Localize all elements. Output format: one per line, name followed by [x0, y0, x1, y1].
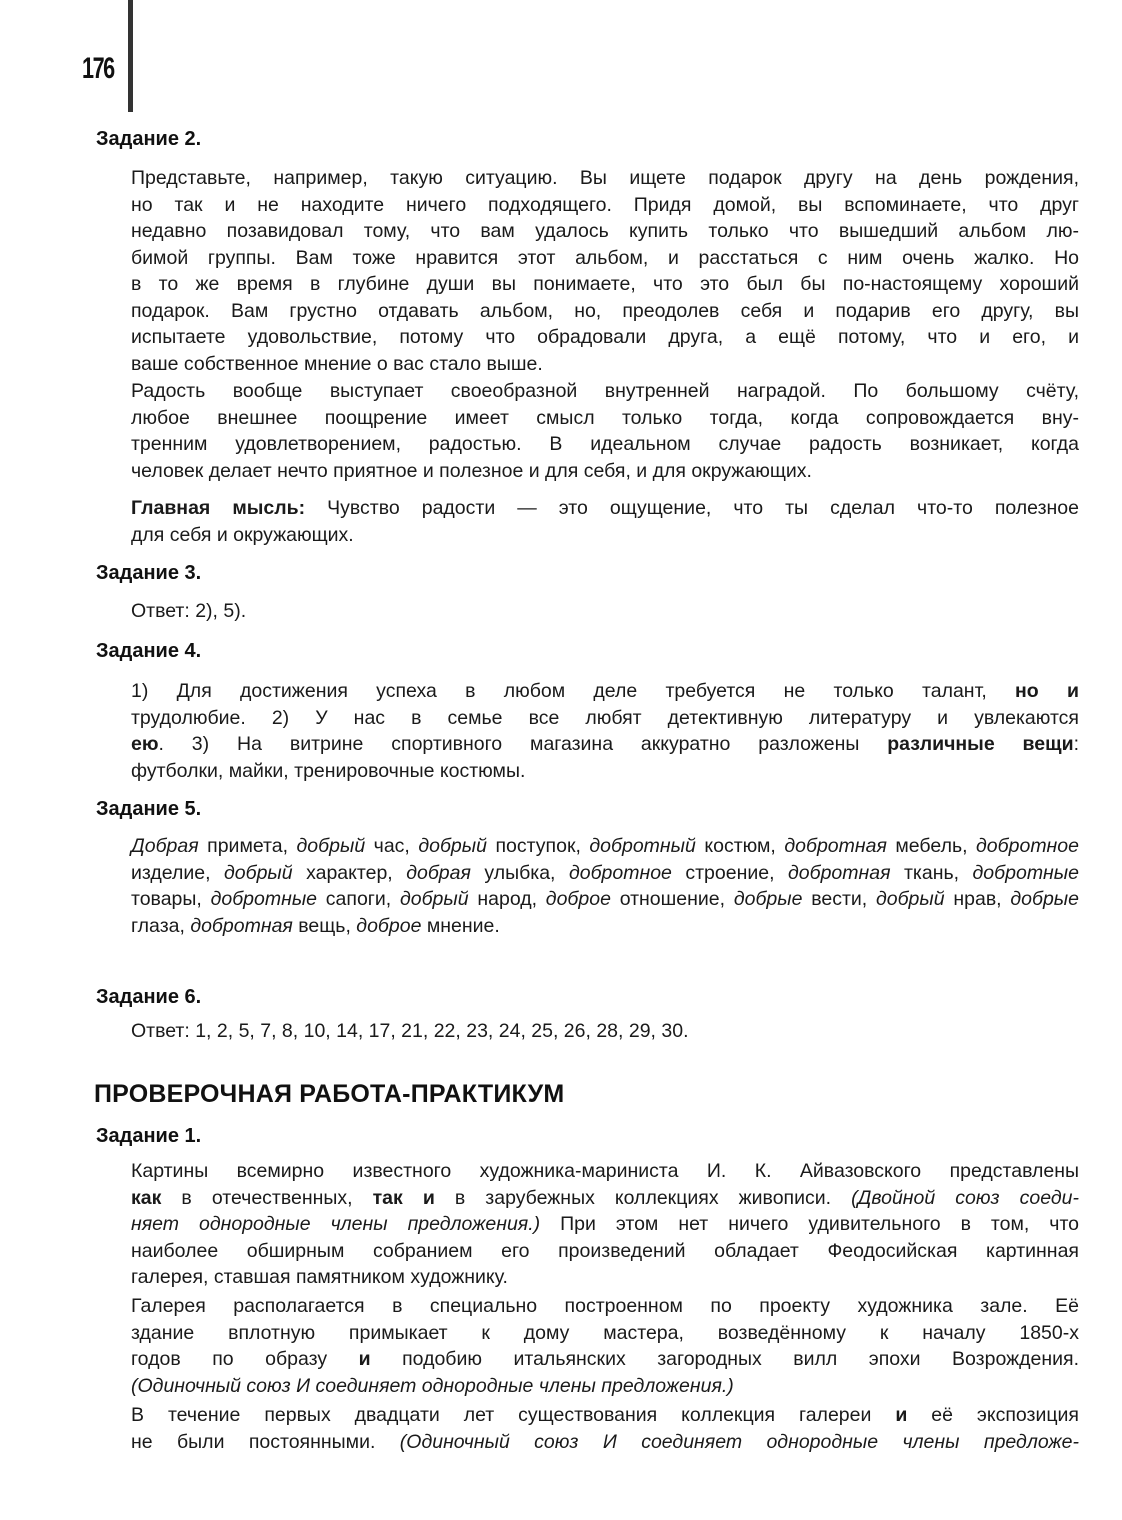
noun: костюм,	[696, 835, 785, 857]
adjective: добрый	[876, 888, 945, 910]
adjective: добрый	[418, 835, 487, 857]
collocation: добрый нрав,	[876, 888, 1010, 910]
collocation: добротная мебель,	[784, 835, 976, 857]
noun: вести,	[802, 888, 876, 910]
page-margin-rule	[128, 0, 133, 112]
section-title: ПРОВЕРОЧНАЯ РАБОТА-ПРАКТИКУМ	[94, 1080, 564, 1109]
text-line: подарок. Вам грустно отдавать альбом, но…	[131, 298, 1079, 325]
text: в отечественных,	[161, 1187, 372, 1209]
task-6-heading: Задание 6.	[96, 986, 201, 1009]
italic-note: (Одиночный союз И соединяет однородные ч…	[400, 1431, 1079, 1453]
adjective: доброе	[356, 915, 421, 937]
task-6-answer: Ответ: 1, 2, 5, 7, 8, 10, 14, 17, 21, 22…	[131, 1020, 689, 1043]
text: не были постоянными.	[131, 1431, 400, 1453]
noun: улыбка,	[471, 862, 569, 884]
adjective: добрый	[400, 888, 469, 910]
adjective: добрая	[406, 862, 471, 884]
task-4-line-1: 1) Для достижения успеха в любом деле тр…	[131, 680, 987, 702]
p1-line-1: Картины всемирно известного художника-ма…	[131, 1158, 1079, 1185]
text: её экспозиция	[907, 1404, 1079, 1426]
noun: отношение,	[611, 888, 734, 910]
adjective: добрый	[224, 862, 293, 884]
collocation: добрый поступок,	[418, 835, 589, 857]
collocation: добрый характер,	[224, 862, 406, 884]
main-idea-label: Главная мысль:	[131, 497, 305, 519]
text: годов по образу	[131, 1348, 359, 1370]
text: При этом нет ничего удивительного в том,…	[540, 1213, 1079, 1235]
section-task-1-paragraph-1: Картины всемирно известного художника-ма…	[131, 1158, 1079, 1291]
p2-line-2: здание вплотную примыкает к дому мастера…	[131, 1320, 1079, 1347]
task-3-answer: Ответ: 2), 5).	[131, 600, 246, 623]
noun: товары,	[131, 888, 211, 910]
section-task-1-paragraph-2: Галерея располагается в специально постр…	[131, 1293, 1079, 1399]
text-line: тренним удовлетворением, радостью. В иде…	[131, 431, 1079, 458]
text-line: в то же время в глубине души вы понимает…	[131, 271, 1079, 298]
task-4-line-2: трудолюбие. 2) У нас в семье все любят д…	[131, 705, 1079, 732]
noun: ткань,	[891, 862, 973, 884]
collocation: добрые вести,	[734, 888, 876, 910]
collocation: доброе отношение,	[546, 888, 734, 910]
adjective: добротная	[788, 862, 891, 884]
collocation: добрый народ,	[400, 888, 546, 910]
bold-conjunction: и	[895, 1404, 907, 1426]
collocation: добротная вещь,	[190, 915, 356, 937]
text-line: испытаете удовольствие, потому что обрад…	[131, 324, 1079, 351]
adjective: доброе	[546, 888, 611, 910]
adjective: добрые	[734, 888, 803, 910]
task-4-line-4: футболки, майки, тренировочные костюмы.	[131, 758, 1079, 785]
collocation: Добрая примета,	[131, 835, 297, 857]
task-2-paragraph-1: Представьте, например, такую ситуацию. В…	[131, 165, 1079, 377]
task-5-text: Добрая примета, добрый час, добрый посту…	[131, 833, 1079, 939]
adjective: добрые	[1010, 888, 1079, 910]
task-4-text: 1) Для достижения успеха в любом деле тр…	[131, 678, 1079, 784]
bold-phrase: различные вещи	[887, 733, 1073, 755]
noun: народ,	[469, 888, 546, 910]
noun: характер,	[293, 862, 407, 884]
text-line: человек делает нечто приятное и полезное…	[131, 458, 1079, 485]
text: В течение первых двадцати лет существова…	[131, 1404, 895, 1426]
text: в зарубежных коллекциях живописи.	[435, 1187, 851, 1209]
bold-conjunction: но и	[1015, 680, 1079, 702]
colon: :	[1074, 733, 1079, 755]
collocation: добрая улыбка,	[406, 862, 569, 884]
italic-note: няет однородные члены предложения.)	[131, 1213, 540, 1235]
bold-conjunction: как	[131, 1187, 161, 1209]
noun: строение,	[672, 862, 788, 884]
collocation: добротная ткань,	[788, 862, 973, 884]
text-line: Радость вообще выступает своеобразной вн…	[131, 378, 1079, 405]
adjective: Добрая	[131, 835, 199, 857]
noun: поступок,	[487, 835, 589, 857]
bold-conjunction: и	[359, 1348, 371, 1370]
task-3-heading: Задание 3.	[96, 562, 201, 585]
bold-word: ею	[131, 733, 159, 755]
noun: час,	[365, 835, 418, 857]
italic-note: (Двойной союз соеди-	[851, 1187, 1079, 1209]
bold-conjunction: так и	[373, 1187, 435, 1209]
adjective: добротный	[589, 835, 695, 857]
section-task-1-heading: Задание 1.	[96, 1125, 201, 1148]
collocation: добрый час,	[297, 835, 419, 857]
noun: глаза,	[131, 915, 190, 937]
text-line: Представьте, например, такую ситуацию. В…	[131, 165, 1079, 192]
adjective: добротное	[569, 862, 672, 884]
noun: мнение.	[421, 915, 499, 937]
text: подобию итальянских загородных вилл эпох…	[371, 1348, 1079, 1370]
collocation: добротное строение,	[569, 862, 788, 884]
text-line: недавно позавидовал тому, что вам удалос…	[131, 218, 1079, 245]
adjective: добротные	[973, 862, 1079, 884]
text-line: ваше собственное мнение о вас стало выше…	[131, 351, 1079, 378]
collocation: доброе мнение.	[356, 915, 500, 937]
task-5-heading: Задание 5.	[96, 798, 201, 821]
adjective: добрый	[297, 835, 366, 857]
noun: изделие,	[131, 862, 224, 884]
task-2-main-idea: Главная мысль: Чувство радости — это ощу…	[131, 495, 1079, 548]
collocation: добротные сапоги,	[211, 888, 400, 910]
p1-line-5: галерея, ставшая памятником художнику.	[131, 1264, 1079, 1291]
noun: нрав,	[945, 888, 1011, 910]
adjective: добротная	[190, 915, 293, 937]
adjective: добротные	[211, 888, 317, 910]
task-2-heading: Задание 2.	[96, 128, 201, 151]
adjective: добротная	[784, 835, 887, 857]
adjective: добротное	[976, 835, 1079, 857]
task-2-paragraph-2: Радость вообще выступает своеобразной вн…	[131, 378, 1079, 484]
noun: вещь,	[293, 915, 356, 937]
text-line: но так и не находите ничего подходящего.…	[131, 192, 1079, 219]
p2-line-1: Галерея располагается в специально постр…	[131, 1293, 1079, 1320]
main-idea-text-cont: для себя и окружающих.	[131, 522, 1079, 549]
task-4-line-3: . 3) На витрине спортивного магазина акк…	[159, 733, 860, 755]
italic-note: (Одиночный союз И соединяет однородные ч…	[131, 1375, 734, 1397]
text-line: бимой группы. Вам тоже нравится этот аль…	[131, 245, 1079, 272]
section-task-1-paragraph-3: В течение первых двадцати лет существова…	[131, 1402, 1079, 1455]
noun: сапоги,	[317, 888, 400, 910]
task-4-heading: Задание 4.	[96, 640, 201, 663]
page-number: 176	[82, 52, 114, 86]
main-idea-text: Чувство радости — это ощущение, что ты с…	[305, 497, 1079, 519]
noun: мебель,	[887, 835, 976, 857]
noun: примета,	[199, 835, 297, 857]
collocation: добротный костюм,	[589, 835, 784, 857]
p1-line-4: наиболее обширным собранием его произвед…	[131, 1238, 1079, 1265]
text-line: любое внешнее поощрение имеет смысл толь…	[131, 405, 1079, 432]
